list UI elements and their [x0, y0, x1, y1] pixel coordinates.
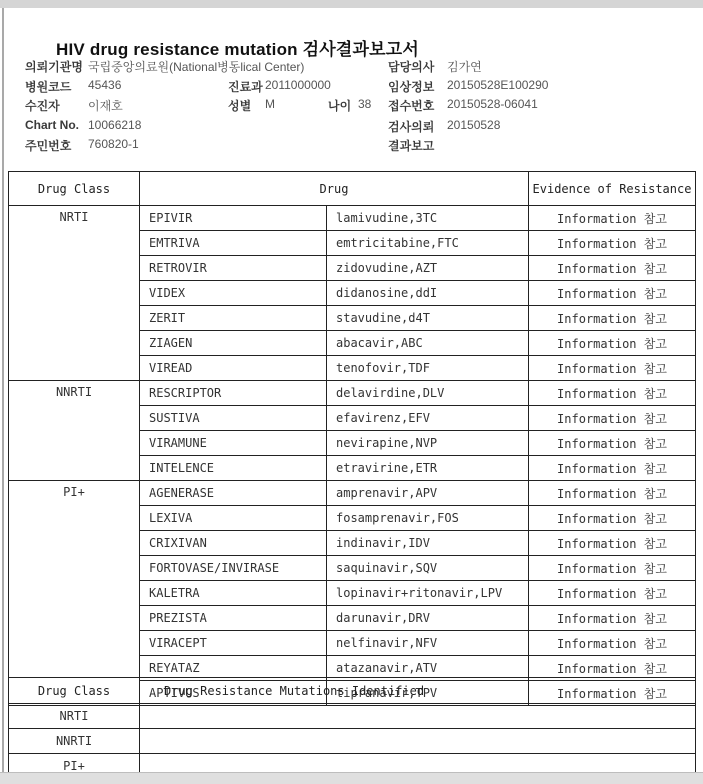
patient-name-value: 이재호 [88, 97, 123, 114]
page-bottom-margin [0, 772, 703, 784]
clinical-info-value: 20150528E100290 [447, 78, 548, 92]
chart-no-label: Chart No. [25, 118, 79, 132]
mutations-value [140, 729, 696, 754]
age-label: 나이 [328, 97, 351, 114]
order-date-value: 20150528 [447, 118, 500, 132]
clinical-info-label: 임상정보 [388, 78, 434, 95]
col-header-evidence: Evidence of Resistance [529, 172, 696, 206]
receipt-no-value: 20150528-06041 [447, 97, 538, 111]
table-row: NRTI [9, 704, 696, 729]
mutations-value [140, 704, 696, 729]
report-title: HIV drug resistance mutation 검사결과보고서 [56, 35, 419, 60]
doctor-value: 김가연 [447, 58, 482, 75]
hospital-code-value: 45436 [88, 78, 121, 92]
table-row: PI+ AGENERASE amprenavir,APV Information… [9, 481, 696, 506]
table-row: NRTI EPIVIR lamivudine,3TC Information 참… [9, 206, 696, 231]
drug-class-group: NNRTI [9, 381, 140, 481]
resident-id-value: 760820-1 [88, 137, 139, 151]
mutations-identified-table: Drug Class Drug Resistance Mutations Ide… [8, 677, 696, 779]
patient-name-label: 수진자 [25, 97, 60, 114]
order-date-label: 검사의뢰 [388, 118, 434, 135]
col-header-drug-class: Drug Class [9, 172, 140, 206]
doctor-label: 담당의사 [388, 58, 434, 75]
col-header-mutations: Drug Resistance Mutations Identified [140, 678, 696, 704]
resident-id-label: 주민번호 [25, 137, 71, 154]
department-value: 2011000000 [265, 78, 331, 92]
report-date-label: 결과보고 [388, 137, 434, 154]
table-header-row: Drug Class Drug Resistance Mutations Ide… [9, 678, 696, 704]
page-top-margin [0, 0, 703, 8]
page-left-edge [2, 8, 4, 772]
hospital-code-label: 병원코드 [25, 78, 71, 95]
org-value: 국립중앙의료원(National병동lical Center) [88, 58, 304, 75]
col-header-drug-class: Drug Class [9, 678, 140, 704]
org-label: 의뢰기관명 [25, 58, 83, 75]
table-header-row: Drug Class Drug Evidence of Resistance [9, 172, 696, 206]
table-row: NNRTI [9, 729, 696, 754]
col-header-drug: Drug [140, 172, 529, 206]
department-label: 진료과 [228, 78, 263, 95]
receipt-no-label: 접수번호 [388, 97, 434, 114]
drug-class-group: PI+ [9, 481, 140, 706]
age-value: 38 [358, 97, 371, 111]
chart-no-value: 10066218 [88, 118, 141, 132]
drug-resistance-table: Drug Class Drug Evidence of Resistance N… [8, 171, 696, 706]
drug-class-group: NRTI [9, 206, 140, 381]
sex-value: M [265, 97, 275, 111]
sex-label: 성별 [228, 97, 251, 114]
table-row: NNRTI RESCRIPTOR delavirdine,DLV Informa… [9, 381, 696, 406]
